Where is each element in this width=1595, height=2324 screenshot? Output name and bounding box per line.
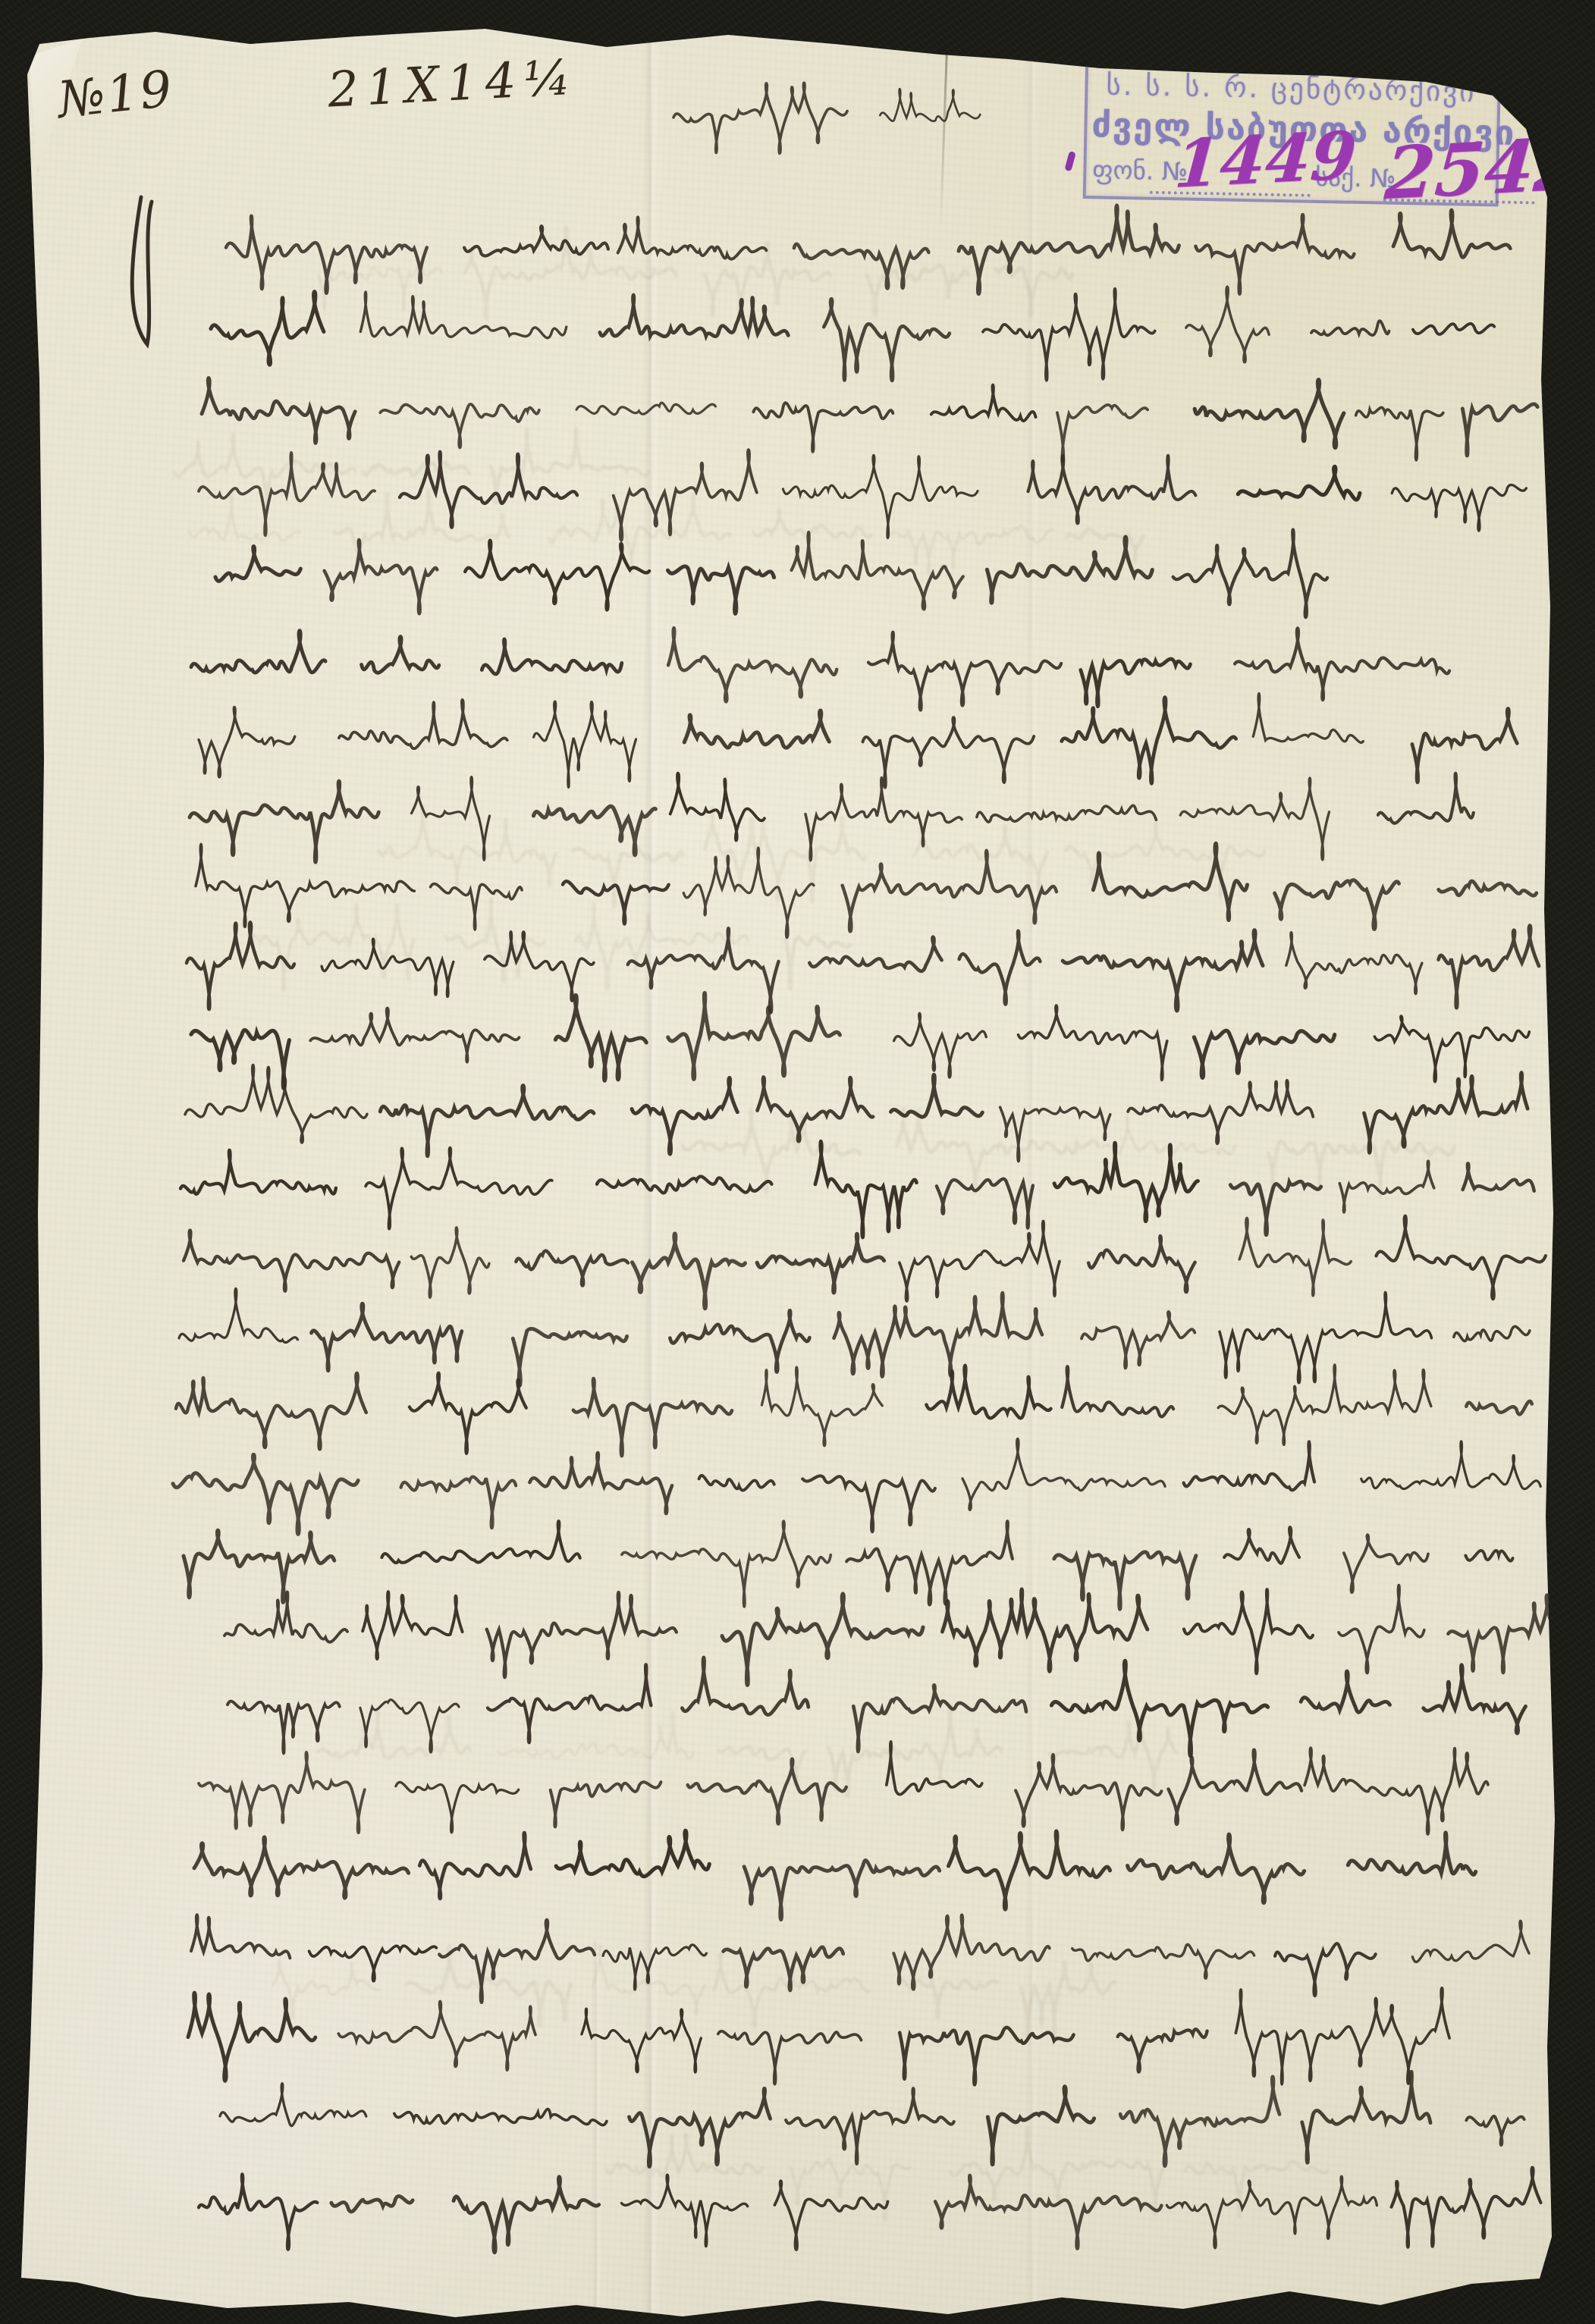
case-number: 2542 (1383, 122, 1587, 216)
bleedthrough-handwriting (174, 227, 1454, 2220)
fond-number: 1449 (1172, 117, 1358, 203)
manuscript-page: №19 21X14¼ ს. ს. ს. რ. ცენტრარქივი ძველ … (0, 0, 1595, 2324)
archive-stamp: ს. ს. ს. რ. ცენტრარქივი ძველ საბუთთა არქ… (1083, 27, 1502, 206)
scan-background: №19 21X14¼ ს. ს. ს. რ. ცენტრარქივი ძველ … (0, 0, 1595, 2324)
handwriting-svg (0, 0, 1595, 2324)
cursive-handwriting-lines (132, 83, 1554, 2252)
